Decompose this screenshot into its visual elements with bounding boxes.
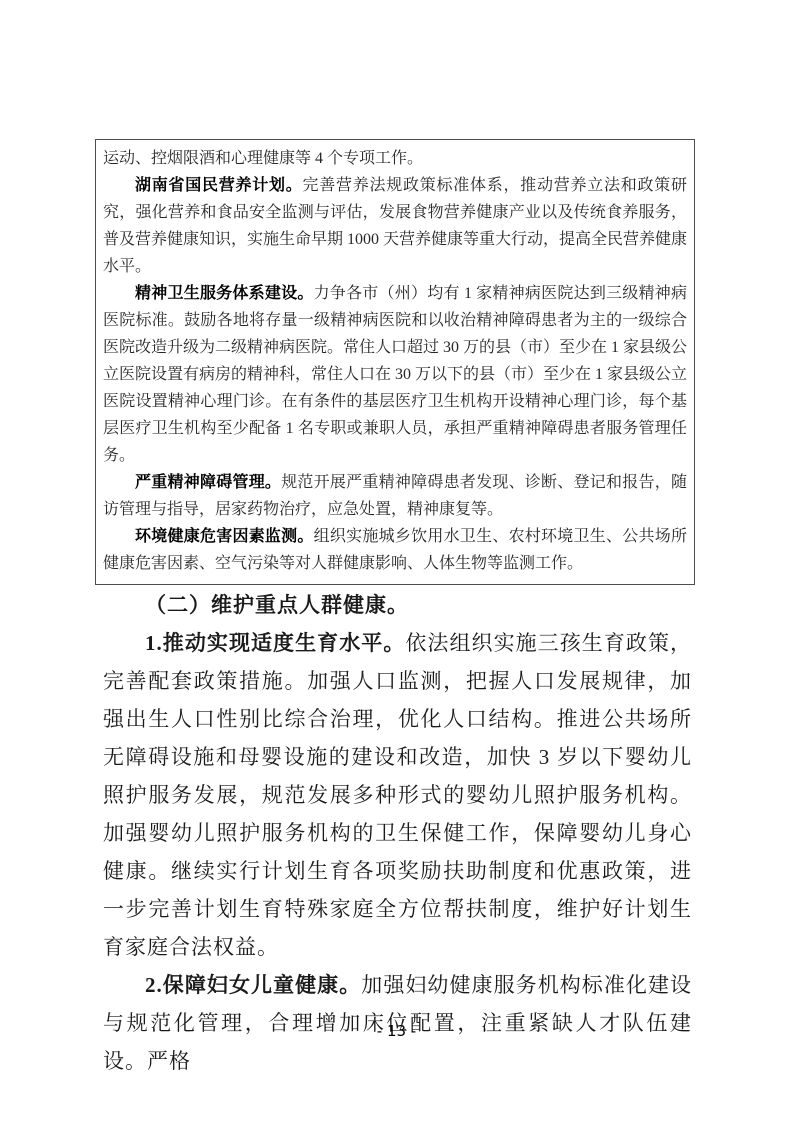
main-body-section: （二）维护重点人群健康。 1.推动实现适度生育水平。依法组织实施三孩生育政策，完… bbox=[103, 586, 692, 1080]
paragraph-lead: 2.保障妇女儿童健康。 bbox=[145, 973, 361, 997]
body-paragraph-fertility-level: 1.推动实现适度生育水平。依法组织实施三孩生育政策，完善配套政策措施。加强人口监… bbox=[103, 624, 692, 966]
box-paragraph-continuation: 运动、控烟限酒和心理健康等 4 个专项工作。 bbox=[103, 145, 687, 172]
document-page: 运动、控烟限酒和心理健康等 4 个专项工作。 湖南省国民营养计划。完善营养法规政… bbox=[0, 0, 793, 1122]
page-number: - 13 - bbox=[0, 1022, 793, 1040]
paragraph-lead: 严重精神障碍管理。 bbox=[135, 474, 281, 491]
box-paragraph-mental-health-system: 精神卫生服务体系建设。力争各市（州）均有 1 家精神病医院达到三级精神病医院标准… bbox=[103, 280, 687, 469]
paragraph-lead: 1.推动实现适度生育水平。 bbox=[145, 631, 405, 655]
paragraph-text: 运动、控烟限酒和心理健康等 4 个专项工作。 bbox=[103, 150, 423, 167]
paragraph-text: 力争各市（州）均有 1 家精神病医院达到三级精神病医院标准。鼓励各地将存量一级精… bbox=[103, 285, 687, 464]
paragraph-lead: 环境健康危害因素监测。 bbox=[135, 528, 314, 545]
paragraph-lead: 湖南省国民营养计划。 bbox=[135, 177, 303, 194]
special-projects-box: 运动、控烟限酒和心理健康等 4 个专项工作。 湖南省国民营养计划。完善营养法规政… bbox=[95, 139, 695, 585]
box-paragraph-nutrition-plan: 湖南省国民营养计划。完善营养法规政策标准体系，推动营养立法和政策研究，强化营养和… bbox=[103, 172, 687, 280]
paragraph-text: 依法组织实施三孩生育政策，完善配套政策措施。加强人口监测，把握人口发展规律，加强… bbox=[103, 631, 692, 959]
section-heading: （二）维护重点人群健康。 bbox=[103, 586, 692, 624]
paragraph-lead: 精神卫生服务体系建设。 bbox=[135, 285, 314, 302]
box-paragraph-environmental-monitoring: 环境健康危害因素监测。组织实施城乡饮用水卫生、农村环境卫生、公共场所健康危害因素… bbox=[103, 523, 687, 577]
box-paragraph-severe-mental-disorder: 严重精神障碍管理。规范开展严重精神障碍患者发现、诊断、登记和报告，随访管理与指导… bbox=[103, 469, 687, 523]
